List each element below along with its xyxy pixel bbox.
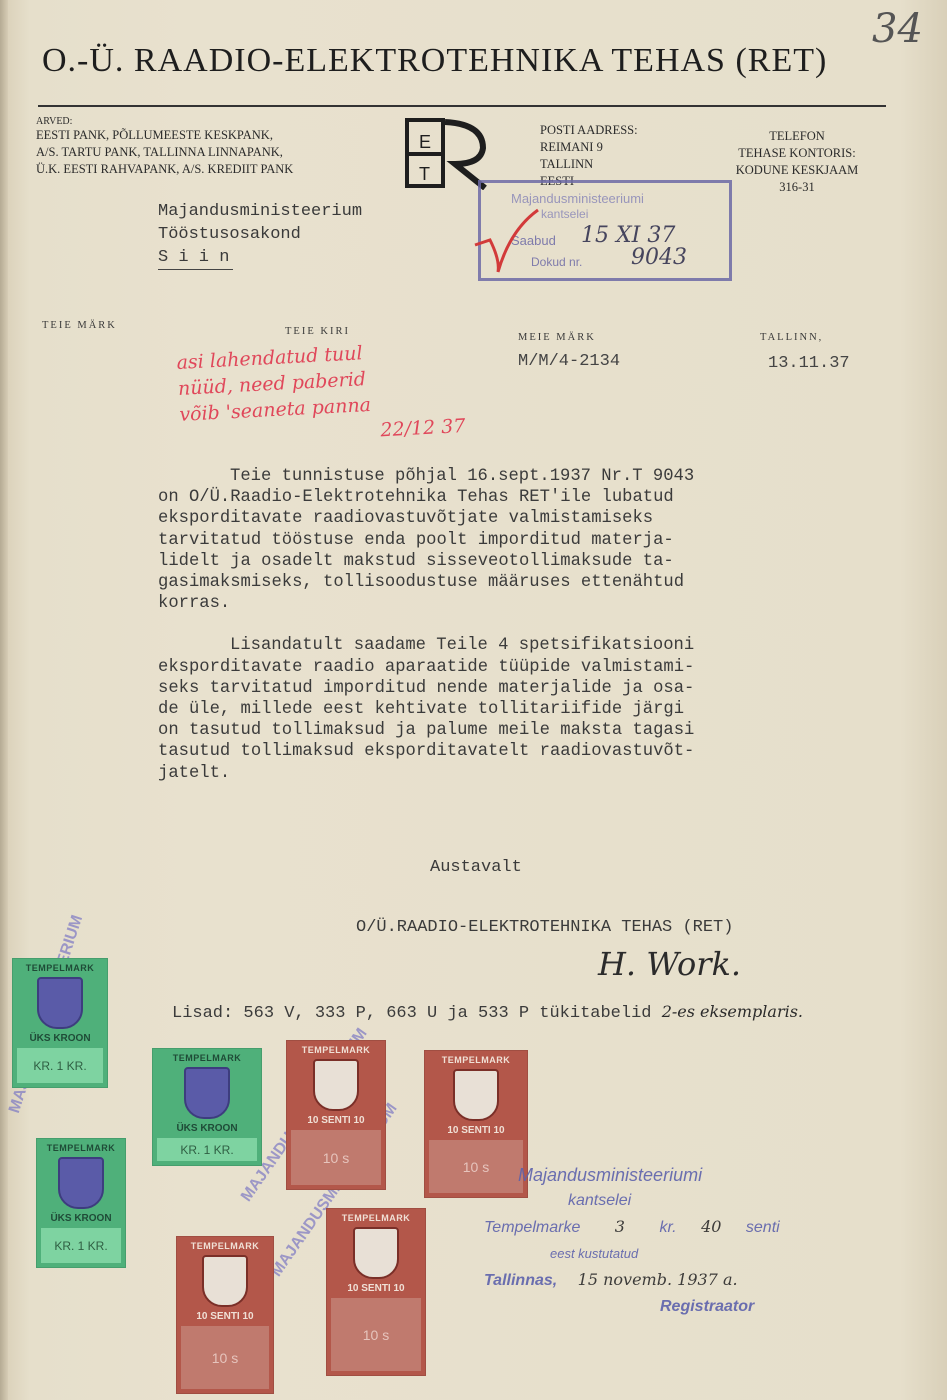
cross-crest-icon [202,1255,248,1307]
three-lions-crest-icon [37,977,83,1029]
body-line: jatelt. [158,763,830,784]
stamp-mid-label: ÜKS KROON [29,1033,90,1044]
document-page: 34 O.-Ü. RAADIO-ELEKTROTEHNIKA TEHAS (RE… [0,0,947,1400]
reg-stamp-line: eest kustutatud [474,1241,780,1267]
postal-line: Tallinn [540,156,638,173]
svg-text:T: T [419,164,430,184]
body-line: Teie tunnistuse põhjal 16.sept.1937 Nr.T… [230,466,830,487]
recipient-line: Majandusministeerium [158,200,362,223]
teie-kiri-label: Teie kiri [285,326,350,337]
telefon-label: Telefon [722,128,872,145]
meie-mark-value: M/M/4-2134 [518,352,620,371]
reg-stamp-date: 15 novemb. 1937 a. [562,1270,738,1289]
place-label: Tallinn, [760,332,823,343]
recipient-block: Majandusministeerium Tööstusosakond S i … [158,200,362,270]
postal-label: Posti aadress: [540,122,638,139]
ret-logo-icon: E T [405,118,487,190]
sender-name: O/Ü.RAADIO-ELEKTROTEHNIKA TEHAS (RET) [356,918,733,937]
revenue-stamp-green: TEMPELMARK ÜKS KROON KR. 1 KR. [152,1048,262,1166]
recipient-line: Tööstusosakond [158,223,362,246]
red-handwritten-note: asi lahendatud tuul nüüd, need paberid v… [176,335,466,454]
closing-salutation: Austavalt [430,858,522,877]
revenue-stamp-brown: TEMPELMARK 10 SENTI 10 10 s [176,1236,274,1394]
handwritten-doc-number: 9043 [631,245,687,270]
body-line: tasutud tollimaksud eksporditavatelt raa… [158,741,830,762]
reg-stamp-senti-label: senti [746,1219,780,1236]
reg-stamp-kr: 3 [585,1217,655,1236]
three-lions-crest-icon [58,1157,104,1209]
stamp-bottom-label: KR. 1 KR. [17,1048,103,1083]
body-line: on tasutud tollimaksud ja palume meile m… [158,720,830,741]
registration-stamp: Majandusministeeriumi kantselei Tempelma… [474,1162,780,1320]
body-line: gasimaksmiseks, tollisoodustuse määruses… [158,572,830,593]
stamp-mid-label: 10 SENTI 10 [447,1125,504,1136]
body-line: Lisandatult saadame Teile 4 spetsifikats… [230,635,830,656]
red-checkmark-icon [470,200,540,275]
cross-crest-icon [353,1227,399,1279]
stamp-bottom-label: 10 s [291,1130,381,1185]
stamp-top-label: TEMPELMARK [173,1053,242,1063]
page-number: 34 [872,6,923,52]
stamp-bottom-label: 10 s [181,1326,269,1389]
stamp-top-label: TEMPELMARK [342,1213,411,1223]
company-title: O.-Ü. RAADIO-ELEKTROTEHNIKA TEHAS (RET) [42,42,827,80]
stamp-mid-label: 10 SENTI 10 [196,1311,253,1322]
revenue-stamp-brown: TEMPELMARK 10 SENTI 10 10 s [326,1208,426,1376]
reg-stamp-label: Tempelmarke [484,1219,580,1236]
title-rule [38,105,886,107]
enclosures-line: Lisad: 563 V, 333 P, 663 U ja 533 P tüki… [172,1002,803,1023]
telefon-line: 316-31 [722,179,872,196]
stamp-top-label: TEMPELMARK [442,1055,511,1065]
telefon-line: Tehase kontoris: [722,145,872,162]
meie-mark-label: Meie märk [518,332,596,343]
reg-stamp-line: Majandusministeeriumi [474,1162,780,1188]
revenue-stamp-green: TEMPELMARK ÜKS KROON KR. 1 KR. [36,1138,126,1268]
banks-label: Arved: [36,116,293,127]
reg-stamp-line: kantselei [474,1188,780,1214]
teie-mark-label: Teie märk [42,320,117,331]
stamp-line: kantselei [541,207,588,221]
three-lions-crest-icon [184,1067,230,1119]
stamp-mid-label: ÜKS KROON [50,1213,111,1224]
enclosures-handwritten: 2-es eksemplaris. [662,1002,803,1021]
body-line: eksporditavate raadiovastuvõtjate valmis… [158,508,830,529]
body-line: korras. [158,593,830,614]
binding-edge [0,0,8,1400]
stamp-top-label: TEMPELMARK [302,1045,371,1055]
postal-line: Reimani 9 [540,139,638,156]
stamp-bottom-label: KR. 1 KR. [41,1228,121,1263]
stamp-bottom-label: KR. 1 KR. [157,1138,257,1161]
revenue-stamp-green: TEMPELMARK ÜKS KROON KR. 1 KR. [12,958,108,1088]
body-line: tarvitatud tööstuse enda poolt imporditu… [158,530,830,551]
bank-list: Arved: Eesti Pank, Põllumeeste Keskpank,… [36,116,293,178]
reg-stamp-place: Tallinnas, [484,1272,557,1289]
stamp-top-label: TEMPELMARK [191,1241,260,1251]
svg-text:E: E [419,132,431,152]
revenue-stamp-brown: TEMPELMARK 10 SENTI 10 10 s [286,1040,386,1190]
reg-stamp-senti: 40 [681,1217,741,1236]
letter-date: 13.11.37 [768,354,850,373]
stamp-mid-label: 10 SENTI 10 [307,1115,364,1126]
stamp-top-label: TEMPELMARK [26,963,95,973]
cross-crest-icon [453,1069,499,1121]
body-line: on O/Ü.Raadio-Elektrotehnika Tehas RET'i… [158,487,830,508]
stamp-mid-label: 10 SENTI 10 [347,1283,404,1294]
stamp-mid-label: ÜKS KROON [176,1123,237,1134]
body-line: lidelt ja osadelt makstud sisseveotollim… [158,551,830,572]
enclosures-typed: Lisad: 563 V, 333 P, 663 U ja 533 P tüki… [172,1004,651,1023]
bank-line: Ü.K. Eesti Rahvapank, A/S. Krediit Pank [36,161,293,178]
stamp-bottom-label: 10 s [331,1298,421,1371]
telefon-line: Kodune keskjaam [722,162,872,179]
signature: H. Work. [598,945,741,983]
telephone-info: Telefon Tehase kontoris: Kodune keskjaam… [722,128,872,196]
letter-body: Teie tunnistuse põhjal 16.sept.1937 Nr.T… [230,466,830,784]
recipient-line: S i i n [158,246,233,270]
bank-line: Eesti Pank, Põllumeeste Keskpank, [36,127,293,144]
reg-stamp-line: Registraator [474,1294,780,1320]
body-line: de üle, millede eest kehtivate tollitari… [158,699,830,720]
body-line: seks tarvitatud imporditud nende materja… [158,678,830,699]
body-line: eksporditavate raadio aparaatide tüüpide… [158,657,830,678]
reg-stamp-kr-label: kr. [659,1219,676,1236]
bank-line: A/S. Tartu Pank, Tallinna Linnapank, [36,144,293,161]
cross-crest-icon [313,1059,359,1111]
stamp-top-label: TEMPELMARK [47,1143,116,1153]
